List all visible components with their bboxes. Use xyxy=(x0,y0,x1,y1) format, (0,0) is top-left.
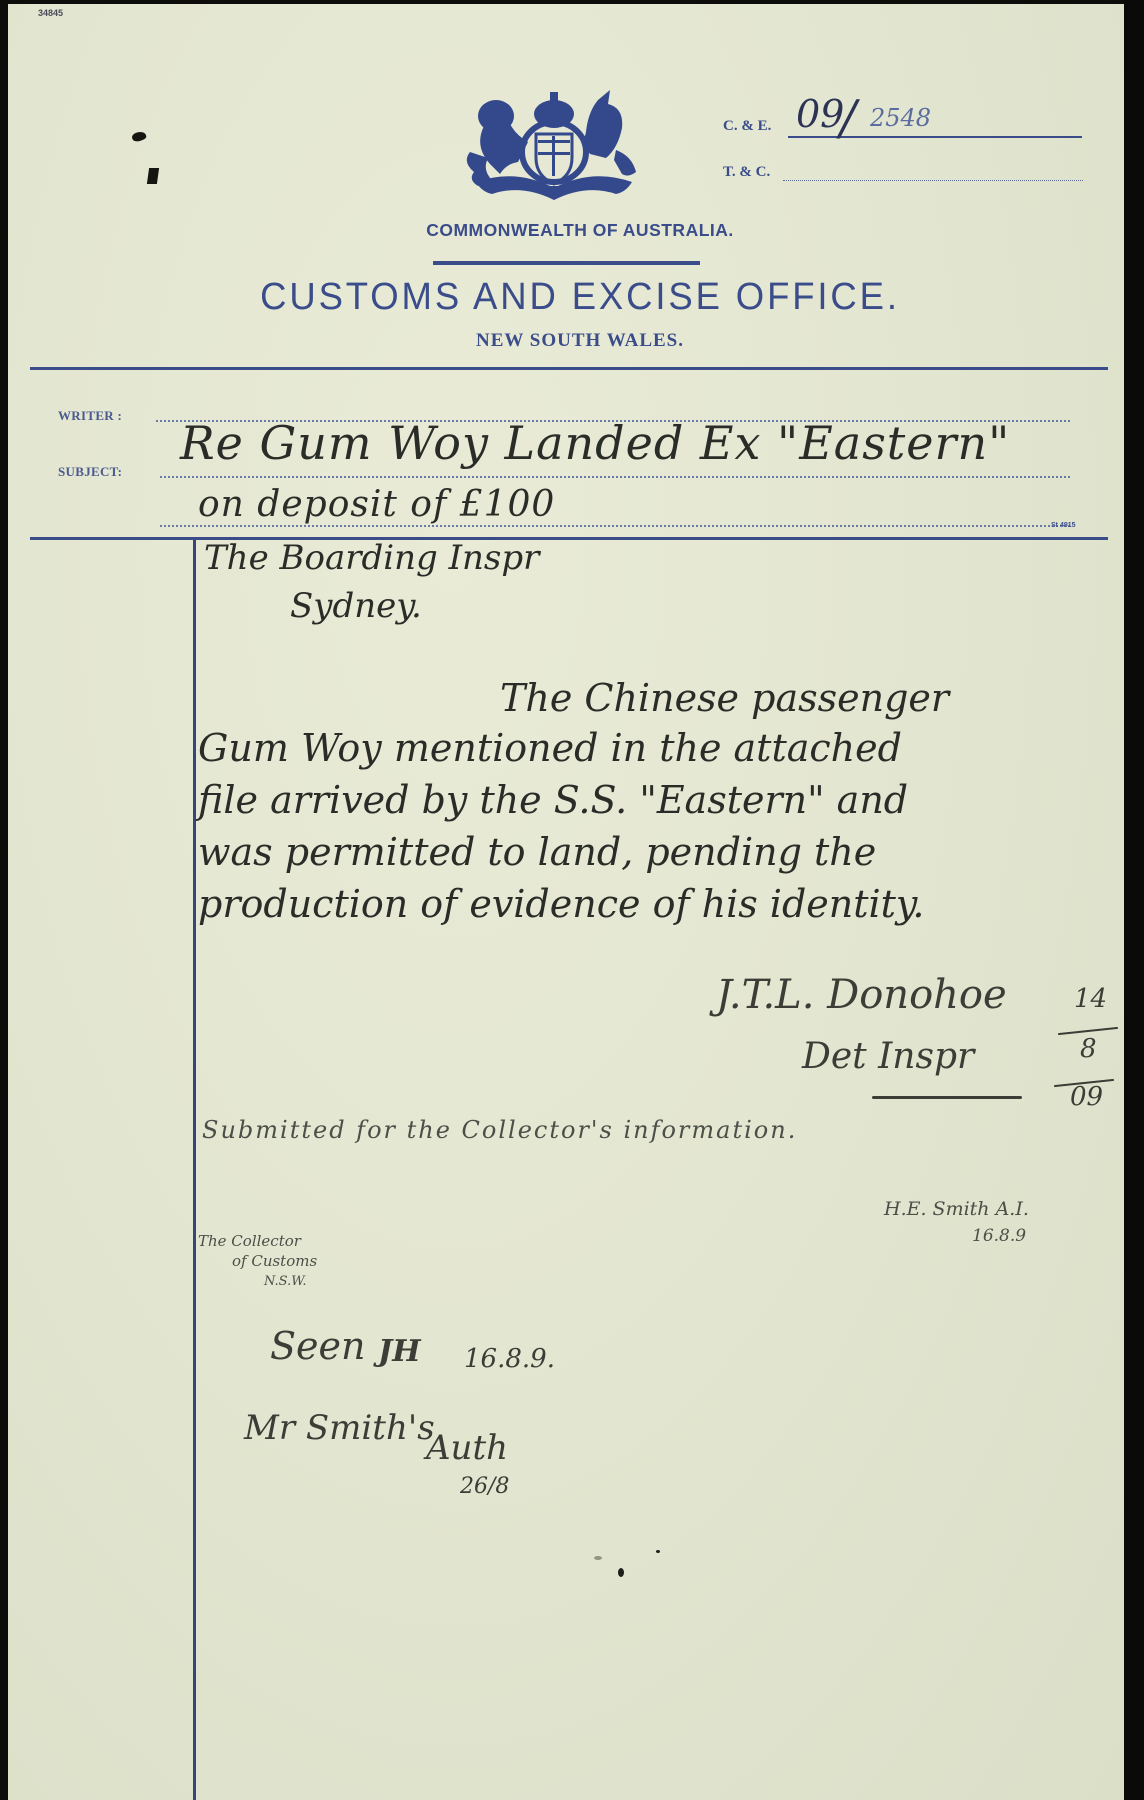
auth-line-1: Mr Smith's xyxy=(244,1408,435,1448)
signature-date-month: 8 xyxy=(1080,1034,1097,1064)
state-heading: NEW SOUTH WALES. xyxy=(8,330,1144,352)
royal-coat-of-arms-icon xyxy=(466,90,642,200)
minute-date: 16.8.9 xyxy=(972,1226,1026,1246)
country-heading: COMMONWEALTH OF AUSTRALIA. xyxy=(8,220,1144,241)
ce-number-handwritten: 2548 xyxy=(870,104,931,132)
office-title: CUSTOMS AND EXCISE OFFICE. xyxy=(31,276,1129,319)
paragraph-line-1: The Chinese passenger xyxy=(500,676,949,720)
paragraph-line-5: production of evidence of his identity. xyxy=(198,882,924,926)
minute-text: Submitted for the Collector's informatio… xyxy=(202,1116,797,1144)
auth-date: 26/8 xyxy=(460,1474,509,1499)
margin-rule xyxy=(193,540,196,1800)
ink-blot xyxy=(656,1550,660,1553)
ink-blot xyxy=(594,1556,602,1560)
ce-prefix-handwritten: 09 xyxy=(796,92,844,136)
address-to-line-2: of Customs xyxy=(232,1252,317,1270)
form-number: St 4915 xyxy=(1051,522,1076,529)
addressee-line-1: The Boarding Inspr xyxy=(204,538,539,578)
minute-signed: H.E. Smith A.I. xyxy=(884,1198,1029,1220)
paragraph-line-4: was permitted to land, pending the xyxy=(198,830,876,874)
tc-label: T. & C. xyxy=(723,164,770,181)
signature-date-day: 14 xyxy=(1074,984,1107,1014)
subject-line-1: Re Gum Woy Landed Ex "Eastern" xyxy=(180,416,1010,470)
ink-blot xyxy=(618,1568,624,1577)
writer-label: WRITER : xyxy=(58,408,122,424)
paragraph-line-2: Gum Woy mentioned in the attached xyxy=(198,726,902,770)
ce-label: C. & E. xyxy=(723,118,771,135)
subject-field-line-1 xyxy=(160,476,1070,478)
addressee-line-2: Sydney. xyxy=(290,586,422,626)
header-divider xyxy=(30,367,1108,370)
subject-field-line-2 xyxy=(160,525,1070,527)
address-to-line-1: The Collector xyxy=(198,1232,301,1250)
signature-title: Det Inspr xyxy=(802,1036,974,1077)
auth-line-2: Auth xyxy=(426,1428,508,1468)
form-divider xyxy=(30,537,1108,540)
seen-text: Seen xyxy=(270,1324,365,1368)
signature-underline xyxy=(872,1096,1022,1099)
signature-name: J.T.L. Donohoe xyxy=(716,972,1007,1018)
scan-edge xyxy=(1124,0,1144,1800)
paragraph-line-3: file arrived by the S.S. "Eastern" and xyxy=(198,778,908,822)
address-to-line-3: N.S.W. xyxy=(264,1274,306,1289)
archive-number: 34845 xyxy=(38,8,63,18)
subject-label: SUBJECT: xyxy=(58,464,122,480)
punch-mark-2 xyxy=(147,168,159,184)
seen-initials: JH xyxy=(378,1334,421,1369)
document-sheet: 34845 C. & E. 09 / 254 xyxy=(8,4,1124,1800)
subject-line-2: on deposit of £100 xyxy=(198,484,555,525)
ce-reference-line xyxy=(788,136,1082,138)
ce-slash: / xyxy=(840,90,856,146)
heading-rule xyxy=(433,261,700,265)
signature-date-year: 09 xyxy=(1070,1082,1103,1112)
seen-date: 16.8.9. xyxy=(464,1344,555,1374)
punch-mark-1 xyxy=(131,130,147,143)
tc-reference-line xyxy=(783,180,1083,181)
